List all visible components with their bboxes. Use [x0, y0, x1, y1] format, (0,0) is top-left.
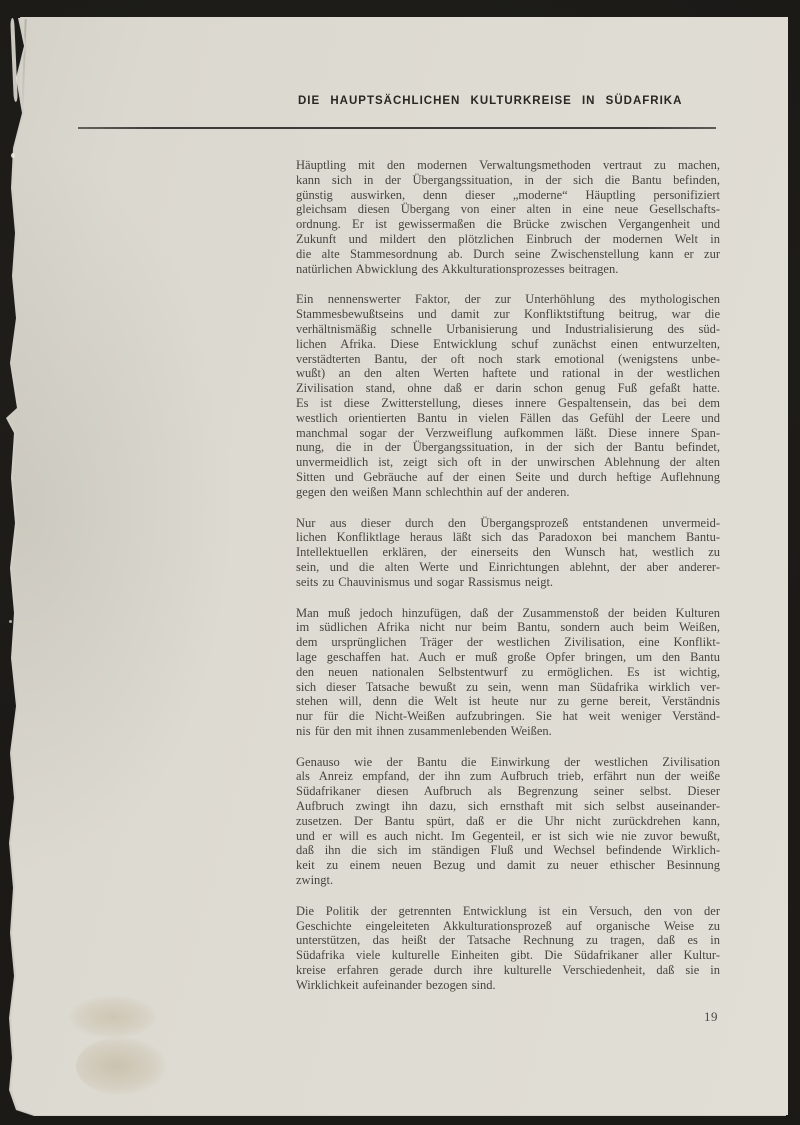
text-line: Sitten und Gebräuche auf der einen Seite…: [296, 470, 720, 485]
text-line: verhältnismäßig schnelle Urbanisierung u…: [296, 322, 720, 337]
text-line: Genauso wie der Bantu die Einwirkung der…: [296, 755, 720, 770]
text-line: Südafrika viele kulturelle Einheiten gib…: [296, 948, 720, 963]
text-line: Zivilisation stand, ohne daß er darin sc…: [296, 381, 720, 396]
paper-stain: [76, 1037, 166, 1095]
book-page: DIE HAUPTSÄCHLICHEN KULTURKREISE IN SÜDA…: [6, 17, 788, 1115]
text-line: Stammesbewußtseins und damit zur Konflik…: [296, 307, 720, 322]
text-line: kreise erfahren gerade durch ihre kultur…: [296, 963, 720, 978]
text-line: Wirklichkeit aufeinander bezogen sind.: [296, 978, 720, 993]
text-line: sein, und die alten Werte und Einrichtun…: [296, 560, 720, 575]
paper-crack: [21, 19, 26, 115]
text-line: Aufbruch zwingt ihn dazu, sich ernsthaft…: [296, 799, 720, 814]
text-line: Südafrikaner diesen Aufbruch als Begrenz…: [296, 784, 720, 799]
header-rule: [78, 127, 716, 129]
paragraph: Genauso wie der Bantu die Einwirkung der…: [296, 755, 720, 888]
text-block: Häuptling mit den modernen Verwaltungsme…: [296, 158, 720, 993]
text-line: sich dieser Tatsache bewußt zu sein, wen…: [296, 680, 720, 695]
text-line: Intellektuellen erklären, der einerseits…: [296, 545, 720, 560]
paragraph: Ein nennenswerter Faktor, der zur Unterh…: [296, 292, 720, 499]
text-line: Die Politik der getrennten Entwicklung i…: [296, 904, 720, 919]
paragraph: Nur aus dieser durch den Übergangsprozeß…: [296, 516, 720, 590]
text-line: nis für den mit ihnen zusammenlebenden W…: [296, 724, 720, 739]
text-line: den neuen nationalen Selbstentwurf zu er…: [296, 665, 720, 680]
text-line: kann sich in der Übergangssituation, in …: [296, 173, 720, 188]
text-line: nur für die Nicht-Weißen aufzubringen. S…: [296, 709, 720, 724]
text-line: manchmal sogar der Verzweiflung aufkomme…: [296, 426, 720, 441]
paper-stain: [69, 996, 157, 1038]
text-line: im südlichen Afrika nicht nur beim Bantu…: [296, 620, 720, 635]
text-line: natürlichen Abwicklung des Akkulturation…: [296, 262, 720, 277]
text-line: als Anreiz empfand, der ihn zum Aufbruch…: [296, 769, 720, 784]
text-line: und er will es auch nicht. Im Gegenteil,…: [296, 829, 720, 844]
text-line: die alte Stammesordnung ab. Durch seine …: [296, 247, 720, 262]
text-line: günstig auswirken, denn dieser „moderne“…: [296, 188, 720, 203]
text-line: stehen will, denn die Welt ist heute nur…: [296, 694, 720, 709]
text-line: gleichsam diesen Übergang von einer alte…: [296, 202, 720, 217]
paragraph: Man muß jedoch hinzufügen, daß der Zusam…: [296, 606, 720, 739]
text-line: zusetzen. Der Bantu spürt, daß er die Uh…: [296, 814, 720, 829]
text-line: keit zu einem neuen Bezug und damit zu n…: [296, 858, 720, 873]
text-line: Geschichte eingeleiteten Akkulturationsp…: [296, 919, 720, 934]
text-line: wußt) an den alten Werten haftete und ra…: [296, 366, 720, 381]
text-line: seits zu Chauvinismus und sogar Rassismu…: [296, 575, 720, 590]
paragraph: Häuptling mit den modernen Verwaltungsme…: [296, 158, 720, 276]
text-line: Nur aus dieser durch den Übergangsprozeß…: [296, 516, 720, 531]
text-line: Ein nennenswerter Faktor, der zur Unterh…: [296, 292, 720, 307]
text-line: unterstützen, das heißt der Tatsache Rec…: [296, 933, 720, 948]
text-line: ordnung. Er ist gewissermaßen die Brücke…: [296, 217, 720, 232]
page-number: 19: [296, 1009, 720, 1025]
scanner-background: DIE HAUPTSÄCHLICHEN KULTURKREISE IN SÜDA…: [0, 0, 800, 1125]
paragraph: Die Politik der getrennten Entwicklung i…: [296, 904, 720, 993]
text-line: lichen Afrika. Diese Entwicklung schuf z…: [296, 337, 720, 352]
text-line: westlich orientierten Bantu in vielen Fä…: [296, 411, 720, 426]
text-line: verstädterten Bantu, der oft noch stark …: [296, 352, 720, 367]
text-line: dem ursprünglichen Träger der westlichen…: [296, 635, 720, 650]
text-line: daß ihn die sich im ständigen Fluß und W…: [296, 843, 720, 858]
text-line: gegen den weißen Mann schlechthin auf de…: [296, 485, 720, 500]
text-line: Man muß jedoch hinzufügen, daß der Zusam…: [296, 606, 720, 621]
text-line: Es ist diese Zwitterstellung, dieses inn…: [296, 396, 720, 411]
text-line: unvermeidlich ist, zeigt sich oft in der…: [296, 455, 720, 470]
text-line: Zukunft und mildert den plötzlichen Einb…: [296, 232, 720, 247]
text-line: lichen Konfliktlage heraus läßt sich das…: [296, 530, 720, 545]
text-line: lage geschaffen hat. Auch er muß große O…: [296, 650, 720, 665]
text-line: nung, die in der Übergangssituation, in …: [296, 440, 720, 455]
running-header: DIE HAUPTSÄCHLICHEN KULTURKREISE IN SÜDA…: [298, 95, 722, 108]
text-line: Häuptling mit den modernen Verwaltungsme…: [296, 158, 720, 173]
text-line: zwingt.: [296, 873, 720, 888]
book-page-wrap: DIE HAUPTSÄCHLICHEN KULTURKREISE IN SÜDA…: [6, 17, 788, 1115]
